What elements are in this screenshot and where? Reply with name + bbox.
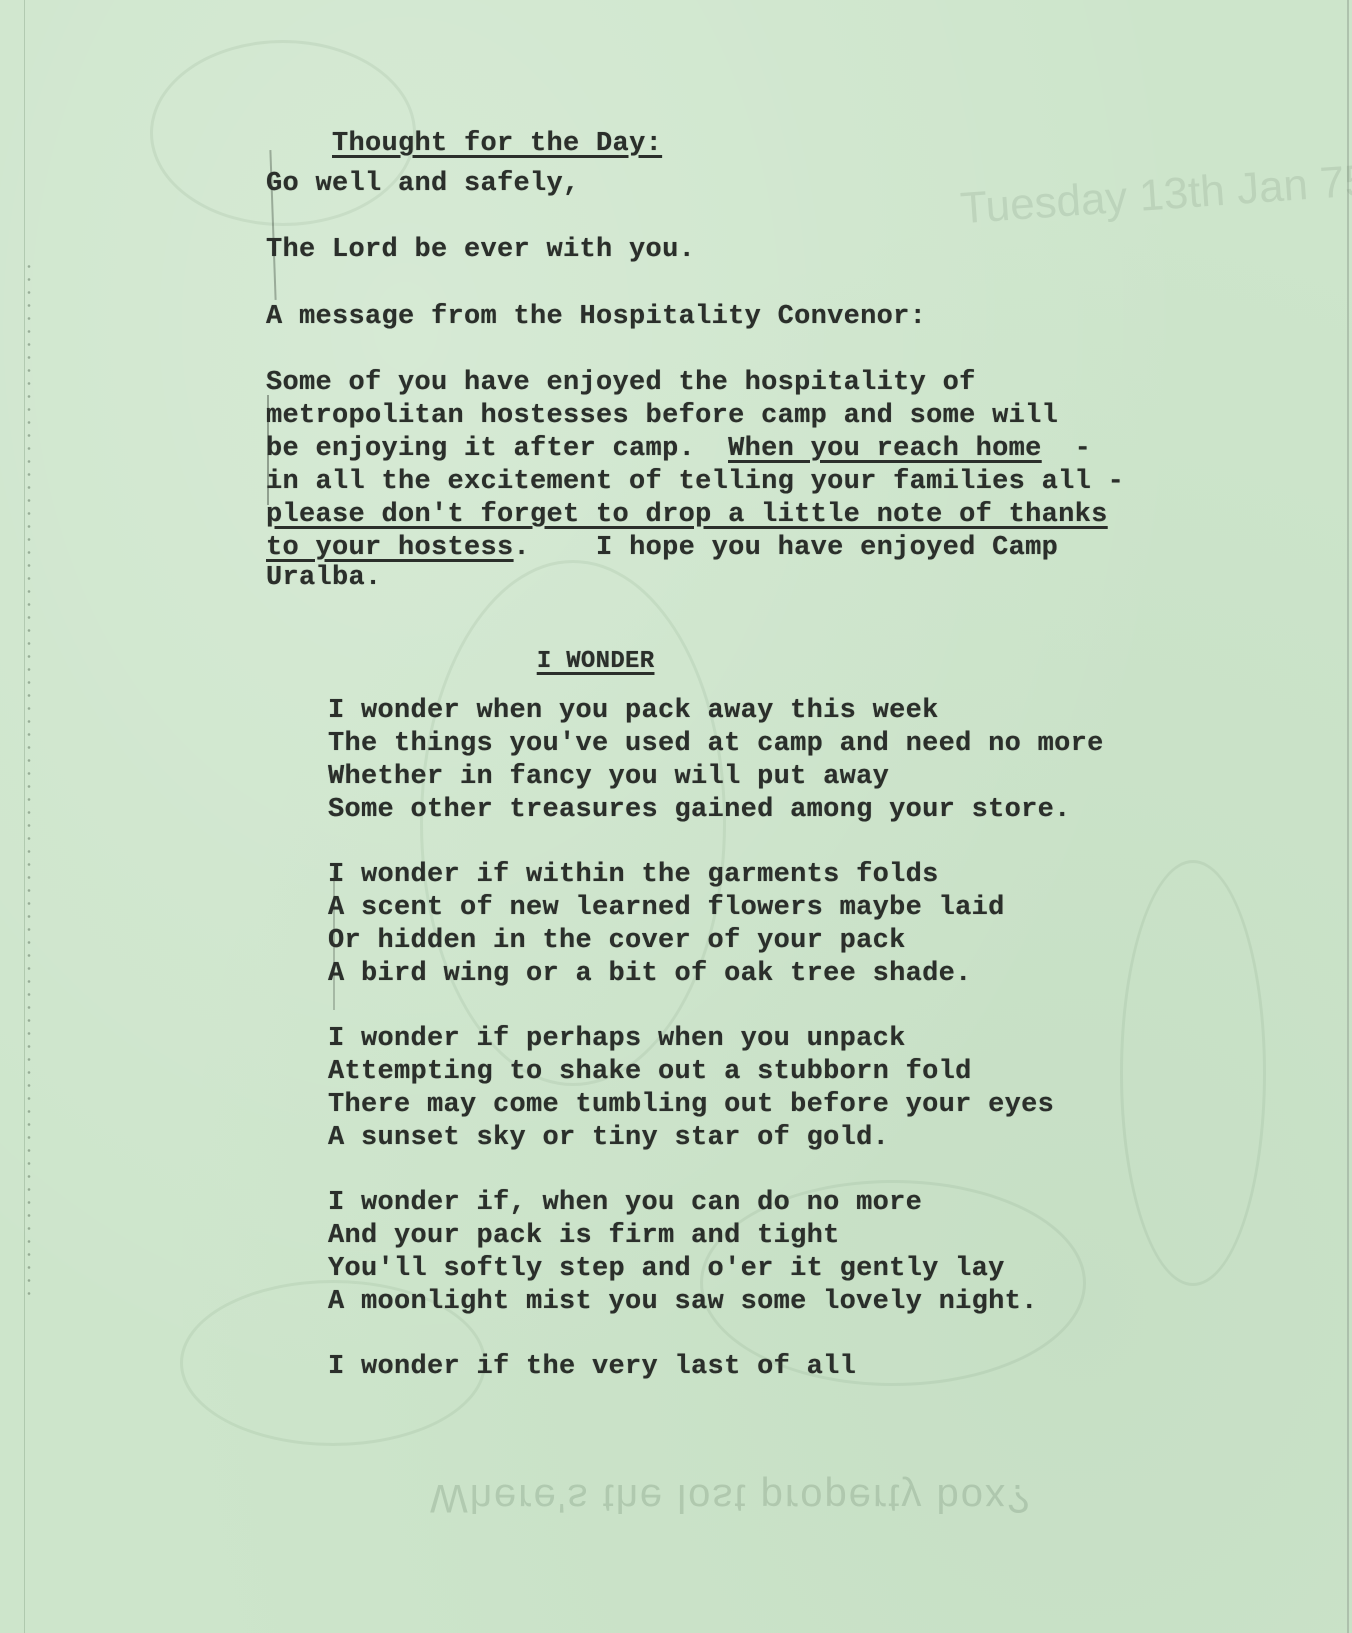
poem-title: I WONDER [478, 626, 654, 698]
message-line: to your hostess. I hope you have enjoyed… [266, 535, 1058, 562]
message-line: metropolitan hostesses before camp and s… [266, 403, 1058, 430]
poem-line: A sunset sky or tiny star of gold. [328, 1125, 889, 1152]
page-left-edge [24, 0, 25, 1633]
poem-line: Attempting to shake out a stubborn fold [328, 1059, 972, 1086]
poem-line: Or hidden in the cover of your pack [328, 928, 906, 955]
thought-line: The Lord be ever with you. [266, 237, 695, 264]
poem-line: Some other treasures gained among your s… [328, 797, 1071, 824]
poem-title-text: I WONDER [537, 648, 655, 675]
thought-line: Go well and safely, [266, 171, 580, 198]
poem-line: The things you've used at camp and need … [328, 731, 1104, 758]
message-underlined-text: When you reach home [728, 434, 1042, 464]
message-heading: A message from the Hospitality Convenor: [266, 304, 926, 331]
poem-line: There may come tumbling out before your … [328, 1092, 1054, 1119]
bleed-through-caption: Where's the lost property box? [430, 1475, 1031, 1520]
poem-line: Whether in fancy you will put away [328, 764, 889, 791]
message-line: in all the excitement of telling your fa… [266, 469, 1124, 496]
poem-line: A moonlight mist you saw some lovely nig… [328, 1289, 1038, 1316]
poem-line: A bird wing or a bit of oak tree shade. [328, 961, 972, 988]
message-underlined-text: please don't forget to drop a little not… [266, 500, 1108, 530]
poem-line: I wonder if, when you can do no more [328, 1190, 922, 1217]
message-underlined-text: to your hostess [266, 533, 514, 563]
message-text: - [1042, 434, 1092, 464]
poem-line: You'll softly step and o'er it gently la… [328, 1256, 1005, 1283]
poem-line: I wonder if the very last of all [328, 1354, 856, 1381]
message-line: be enjoying it after camp. When you reac… [266, 436, 1091, 463]
message-text: . I hope you have enjoyed Camp [514, 533, 1059, 563]
poem-line: I wonder if within the garments folds [328, 862, 939, 889]
poem-line: I wonder when you pack away this week [328, 698, 939, 725]
poem-line: A scent of new learned flowers maybe lai… [328, 895, 1005, 922]
message-line: please don't forget to drop a little not… [266, 502, 1108, 529]
message-text: be enjoying it after camp. [266, 434, 728, 464]
thought-heading-text: Thought for the Day: [332, 129, 662, 159]
paper-page: Tuesday 13th Jan 75 Where's the lost pro… [0, 0, 1352, 1633]
message-line: Some of you have enjoyed the hospitality… [266, 370, 976, 397]
binding-holes-specks [26, 260, 32, 1300]
poem-line: And your pack is firm and tight [328, 1223, 840, 1250]
ghost-drawing-shape [1120, 860, 1266, 1286]
message-line: Uralba. [266, 565, 382, 592]
poem-line: I wonder if perhaps when you unpack [328, 1026, 906, 1053]
bleed-through-date: Tuesday 13th Jan 75 [959, 156, 1352, 234]
page-right-edge [1347, 0, 1349, 1633]
